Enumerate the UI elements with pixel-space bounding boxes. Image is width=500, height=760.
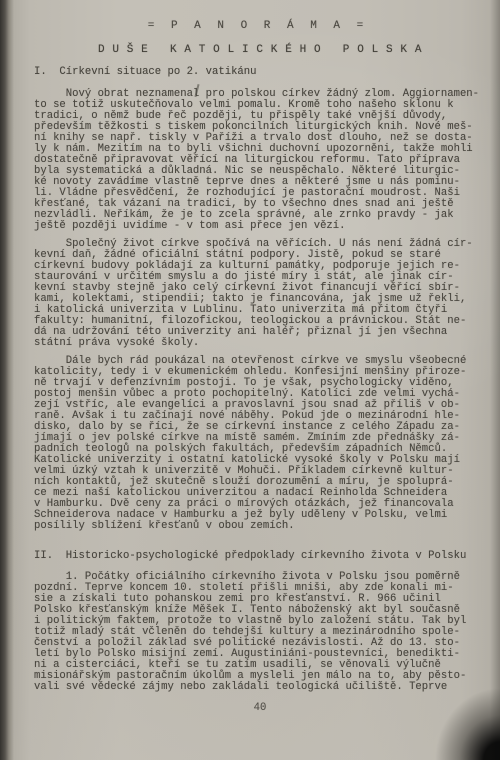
scan-edge-shadow-right <box>490 0 500 760</box>
document-title: D U Š E K A T O L I C K É H O P O L S K … <box>34 44 486 56</box>
scanned-document-page: = P A N O R Á M A = D U Š E K A T O L I … <box>0 0 500 760</box>
paragraph: Nový obrat neznamenal pro polskou církev… <box>34 89 486 232</box>
paragraph: Dále bych rád poukázal na otevřenost cír… <box>34 356 486 532</box>
section-ii-heading: II. Historicko-psychologické předpoklady… <box>34 551 486 562</box>
section-i-heading: I. Církevní situace po 2. vatikánu <box>34 67 486 78</box>
document-content: = P A N O R Á M A = D U Š E K A T O L I … <box>34 20 486 714</box>
scan-corner-shadow <box>410 650 500 760</box>
masthead-title: = P A N O R Á M A = <box>30 20 486 32</box>
scan-edge-shadow-left <box>0 0 14 760</box>
paragraph: Společný život církve spočívá na věřícíc… <box>34 239 486 349</box>
